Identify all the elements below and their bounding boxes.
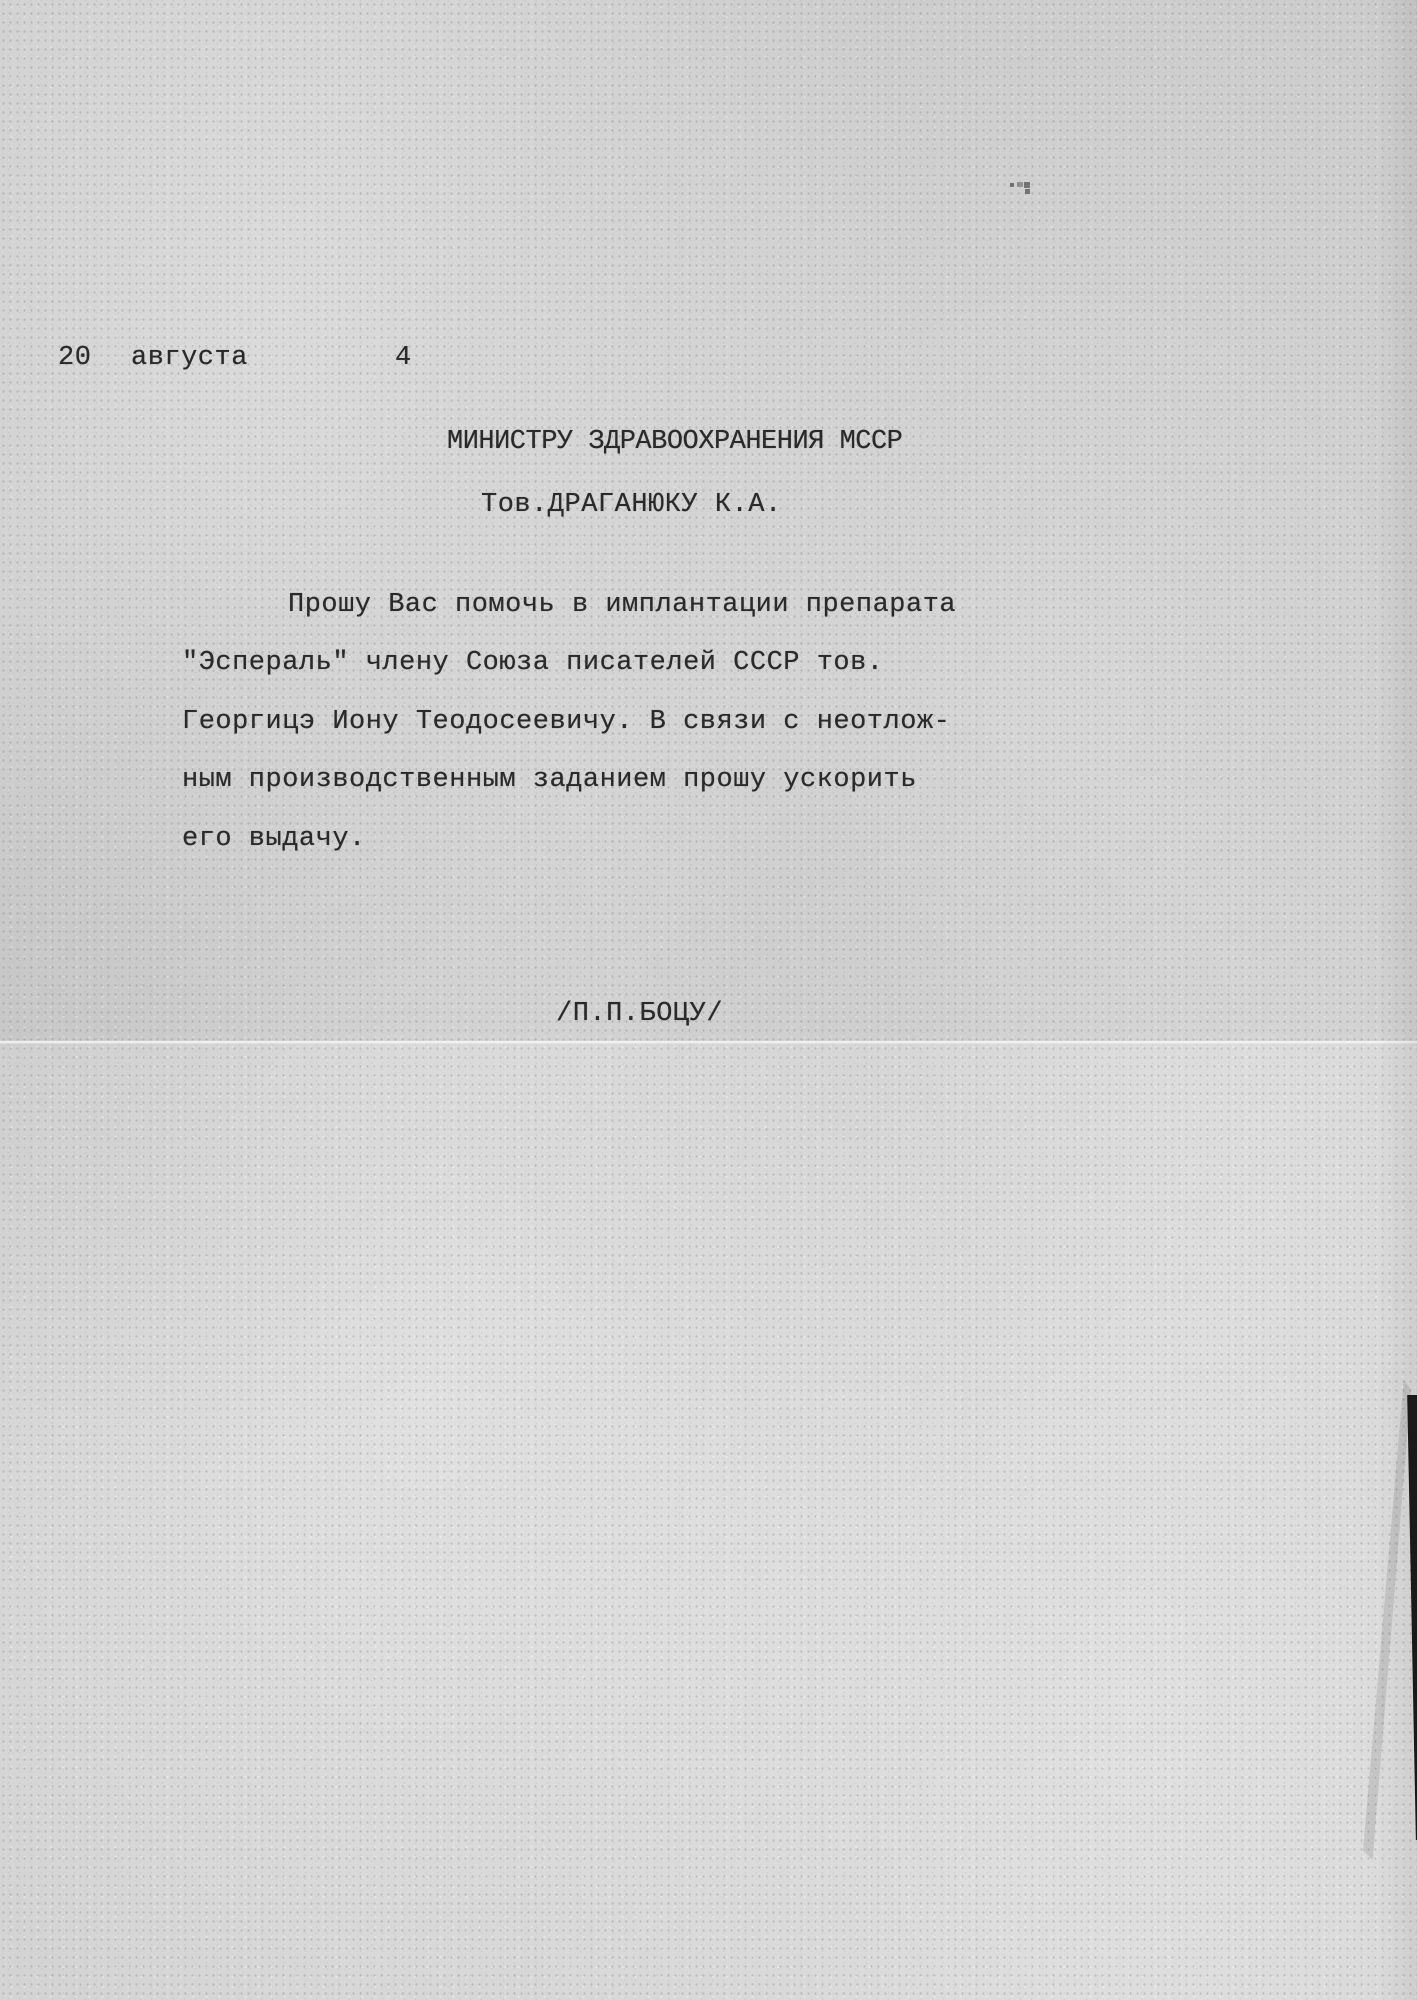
upper-fold-panel bbox=[0, 0, 1417, 1042]
paper-fold-crease bbox=[0, 1040, 1417, 1044]
date-month: августа bbox=[131, 343, 248, 373]
signature: /П.П.БОЦУ/ bbox=[556, 999, 723, 1029]
body-line: ным производственным заданием прошу уско… bbox=[182, 765, 917, 795]
body-line: Прошу Вас помочь в имплантации препарата bbox=[288, 590, 956, 620]
addressee-name: Тов.ДРАГАНЮКУ К.А. bbox=[481, 490, 782, 520]
body-line: его выдачу. bbox=[182, 824, 366, 854]
date-year-fragment: 4 bbox=[395, 343, 412, 373]
body-line: Георгицэ Иону Теодосеевичу. В связи с не… bbox=[182, 707, 950, 737]
addressee-title: МИНИСТРУ ЗДРАВООХРАНЕНИЯ МССР bbox=[447, 427, 902, 457]
ink-smudge-mark bbox=[1010, 180, 1032, 196]
body-line: "Эспераль" члену Союза писателей СССР то… bbox=[182, 648, 884, 678]
date-day: 20 bbox=[58, 343, 91, 373]
